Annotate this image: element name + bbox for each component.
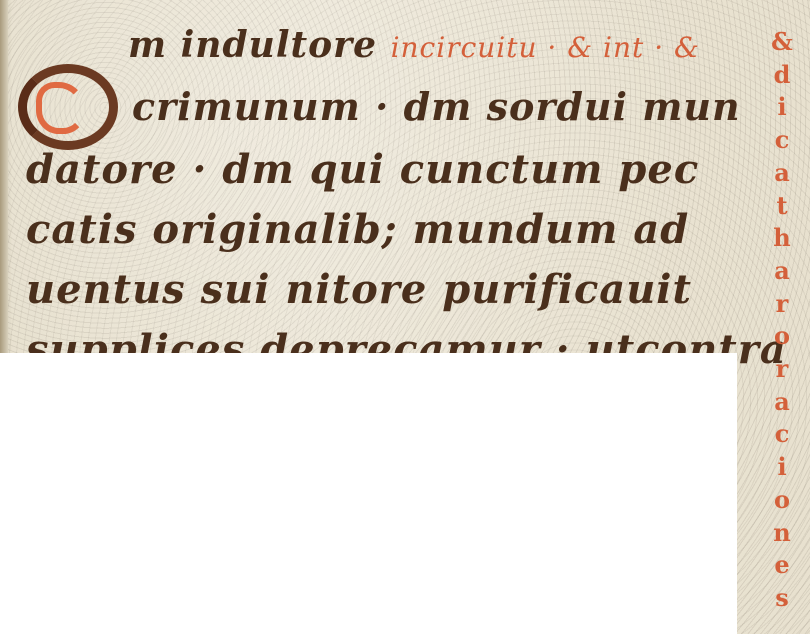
rubric-letter: s <box>775 586 789 610</box>
rubric-letter: h <box>773 226 790 250</box>
margin-rubric: & d i c a t h a r o r a c i o n e s <box>764 30 800 610</box>
rubric-letter: i <box>777 95 786 119</box>
rubric-letter: t <box>776 194 787 218</box>
rubric-letter: o <box>774 488 790 512</box>
text-line-5: uentus sui nitore purificauit <box>26 266 692 313</box>
text-line-2: crimunum · dm sordui mun <box>132 84 741 129</box>
rubric-letter: a <box>774 161 790 185</box>
rubric-letter: c <box>775 128 790 152</box>
text-line-1-black: m indultore <box>128 24 377 66</box>
blank-region <box>0 353 737 634</box>
rubric-letter: n <box>773 521 790 545</box>
rubric-letter: c <box>775 422 790 446</box>
text-line-1: m indultore incircuitu · & int · & <box>128 24 700 66</box>
rubric-letter: & <box>771 30 793 54</box>
rubric-letter: o <box>774 324 790 348</box>
text-line-3: datore · dm qui cunctum pec <box>26 146 699 193</box>
rubric-letter: r <box>776 292 789 316</box>
rubric-letter: i <box>777 455 786 479</box>
text-line-1-rubric: incircuitu · & int · & <box>391 31 700 64</box>
rubric-letter: r <box>776 357 789 381</box>
rubric-letter: a <box>774 259 790 283</box>
rubric-letter: e <box>774 553 789 577</box>
text-line-4: catis originalib; mundum ad <box>26 206 689 253</box>
rubric-letter: a <box>774 390 790 414</box>
rubric-letter: d <box>774 63 791 87</box>
